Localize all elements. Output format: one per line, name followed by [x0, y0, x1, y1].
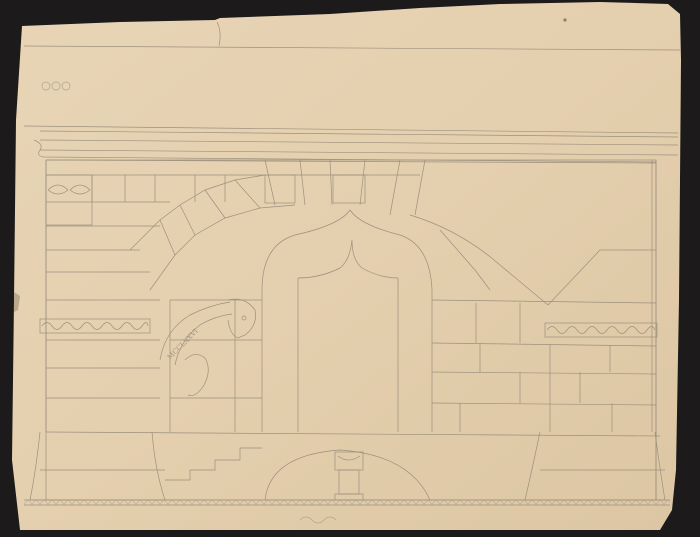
- architectural-drawing: MCCLXXVI: [0, 0, 700, 537]
- drawing-image: Pencil architectural elevation drawing o…: [0, 0, 700, 537]
- ground-hatching: [24, 500, 670, 505]
